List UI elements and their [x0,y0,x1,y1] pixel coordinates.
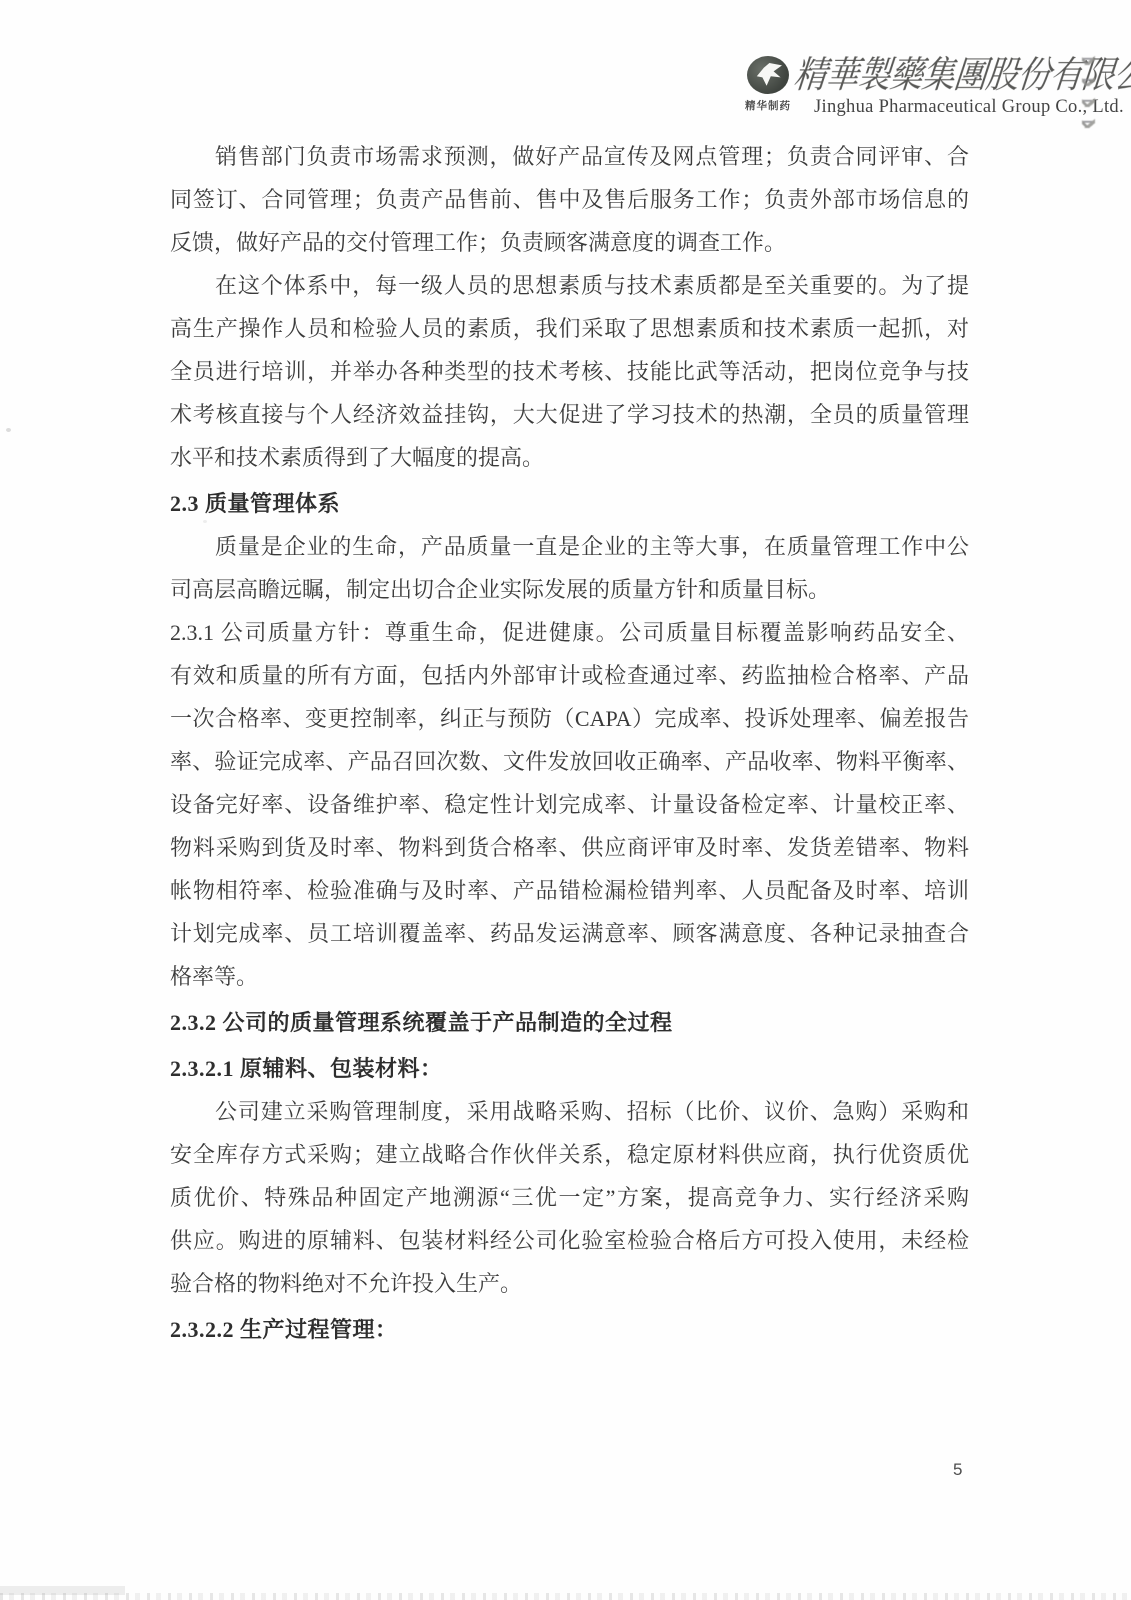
company-name-english: Jinghua Pharmaceutical Group Co., Ltd. [814,97,1124,118]
scan-speck [203,520,207,523]
text-line: 高生产操作人员和检验人员的素质，我们采取了思想素质和技术素质一起抓，对 [170,307,969,350]
text-line: 供应。购进的原辅料、包装材料经公司化验室检验合格后方可投入使用，未经检 [170,1219,969,1262]
text-line: 销售部门负责市场需求预测，做好产品宣传及网点管理；负责合同评审、合 [170,135,969,178]
text-line: 术考核直接与个人经济效益挂钩，大大促进了学习技术的热潮，全员的质量管理 [170,393,969,436]
text-line: 设备完好率、设备维护率、稳定性计划完成率、计量设备检定率、计量校正率、 [170,783,969,826]
text-line: 2.3.1 公司质量方针：尊重生命，促进健康。公司质量目标覆盖影响药品安全、 [170,611,969,654]
text-line: 一次合格率、变更控制率，纠正与预防（CAPA）完成率、投诉处理率、偏差报告 [170,697,969,740]
page-number: 5 [953,1460,962,1480]
text-line: 反馈，做好产品的交付管理工作；负责顾客满意度的调查工作。 [170,221,969,264]
scan-artifact [0,1593,1131,1600]
text-line: 质量是企业的生命，产品质量一直是企业的主等大事，在质量管理工作中公 [170,525,969,568]
text-line: 计划完成率、员工培训覆盖率、药品发运满意率、顾客满意度、各种记录抽查合 [170,912,969,955]
text-line: 全员进行培训，并举办各种类型的技术考核、技能比武等活动，把岗位竞争与技 [170,350,969,393]
text-line: 司高层高瞻远瞩，制定出切合企业实际发展的质量方针和质量目标。 [170,568,969,611]
section-heading: 2.3 质量管理体系 [170,482,969,525]
text-line: 在这个体系中，每一级人员的思想素质与技术素质都是至关重要的。为了提 [170,264,969,307]
section-heading: 2.3.2.1 原辅料、包装材料： [170,1047,969,1090]
text-line: 率、验证完成率、产品召回次数、文件发放回收正确率、产品收率、物料平衡率、 [170,740,969,783]
scan-speck [6,428,11,432]
text-line: 有效和质量的所有方面，包括内外部审计或检查通过率、药监抽检合格率、产品 [170,654,969,697]
company-name-chinese: 精華製藥集團股份有限公司 [791,46,1082,104]
text-line: 验合格的物料绝对不允许投入生产。 [170,1262,969,1305]
document-body: 销售部门负责市场需求预测，做好产品宣传及网点管理；负责合同评审、合同签订、合同管… [170,135,969,1351]
text-line: 物料采购到货及时率、物料到货合格率、供应商评审及时率、发货差错率、物料 [170,826,969,869]
company-logo: 精华制药 [736,56,800,113]
text-line: 帐物相符率、检验准确与及时率、产品错检漏检错判率、人员配备及时率、培训 [170,869,969,912]
text-line: 水平和技术素质得到了大幅度的提高。 [170,436,969,479]
text-line: 质优价、特殊品种固定产地溯源“三优一定”方案，提高竞争力、实行经济采购 [170,1176,969,1219]
document-page: 精华制药 精華製藥集團股份有限公司 Jinghua Pharmaceutical… [0,0,1131,1600]
section-heading: 2.3.2.2 生产过程管理： [170,1308,969,1351]
calligrapher-signature-icon [1082,52,1098,128]
company-logo-icon [747,56,789,94]
letterhead: 精华制药 精華製藥集團股份有限公司 Jinghua Pharmaceutical… [0,0,1131,140]
bird-icon [754,63,782,87]
text-line: 公司建立采购管理制度，采用战略采购、招标（比价、议价、急购）采购和 [170,1090,969,1133]
text-line: 同签订、合同管理；负责产品售前、售中及售后服务工作；负责外部市场信息的 [170,178,969,221]
text-line: 格率等。 [170,955,969,998]
text-line: 安全库存方式采购；建立战略合作伙伴关系，稳定原材料供应商，执行优资质优 [170,1133,969,1176]
section-heading: 2.3.2 公司的质量管理系统覆盖于产品制造的全过程 [170,1001,969,1044]
